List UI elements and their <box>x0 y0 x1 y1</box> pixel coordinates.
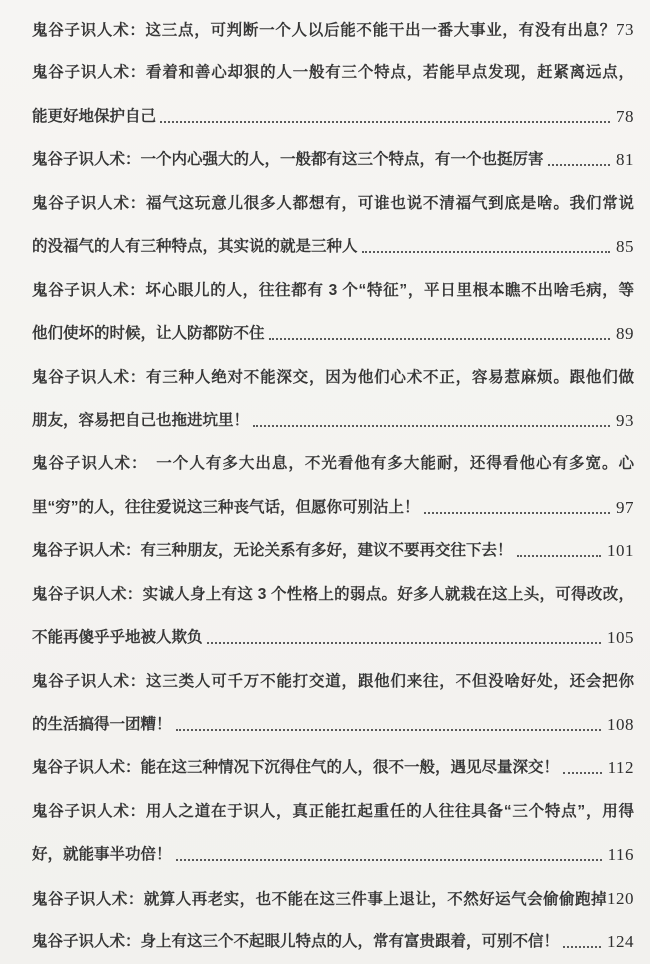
page-number: 105 <box>607 616 634 659</box>
page-number: 81 <box>616 138 634 181</box>
dot-leader <box>517 555 601 557</box>
toc-line: 他们使坏的时候，让人防都防不住89 <box>32 312 634 355</box>
toc-entry-text: 鬼谷子识人术：有三种人绝对不能深交，因为他们心术不正，容易惹麻烦。跟他们做 <box>32 369 634 386</box>
toc-entry-text: 的生活搞得一团糟！ <box>32 703 172 746</box>
toc-entry-text: 鬼谷子识人术：身上有这三个不起眼儿特点的人，常有富贵跟着，可别不信！ <box>32 920 559 963</box>
toc-entry-text: 鬼谷子识人术：这三类人可千万不能打交道，跟他们来往，不但没啥好处，还会把你 <box>32 673 634 690</box>
toc-entry-text: 的没福气的人有三种特点，其实说的就是三种人 <box>32 225 358 268</box>
toc-line: 里“穷”的人，往往爱说这三种丧气话，但愿你可别沾上！97 <box>32 486 634 529</box>
toc-line: 好，就能事半功倍！116 <box>32 833 634 876</box>
toc-page: 鬼谷子识人术：这三点，可判断一个人以后能不能干出一番大事业，有没有出息？73鬼谷… <box>0 0 650 964</box>
toc-line: 鬼谷子识人术：坏心眼儿的人，往往都有 3 个“特征”，平日里根本瞧不出啥毛病，等 <box>32 269 634 312</box>
toc-entry-text: 能更好地保护自己 <box>32 95 156 138</box>
page-number: 78 <box>616 95 634 138</box>
toc-entry-text: 鬼谷子识人术：坏心眼儿的人，往往都有 3 个“特征”，平日里根本瞧不出啥毛病，等 <box>32 282 634 299</box>
dot-leader <box>362 251 610 253</box>
page-number: 85 <box>616 225 634 268</box>
dot-leader <box>160 121 610 123</box>
toc-line: 鬼谷子识人术：一个内心强大的人，一般都有这三个特点，有一个也挺厉害81 <box>32 138 634 181</box>
toc-entry-text: 鬼谷子识人术：用人之道在于识人，真正能扛起重任的人往往具备“三个特点”，用得 <box>32 803 634 820</box>
toc-line: 鬼谷子识人术：这三类人可千万不能打交道，跟他们来往，不但没啥好处，还会把你 <box>32 660 634 703</box>
toc-entry-text: 好，就能事半功倍！ <box>32 833 172 876</box>
dot-leader <box>548 164 610 166</box>
dot-leader <box>253 425 610 427</box>
toc-line: 鬼谷子识人术：有三种人绝对不能深交，因为他们心术不正，容易惹麻烦。跟他们做 <box>32 356 634 399</box>
toc-entry-text: 鬼谷子识人术：看着和善心却狠的人一般有三个特点，若能早点发现，赶紧离远点， <box>32 64 634 81</box>
toc-line: 鬼谷子识人术：身上有这三个不起眼儿特点的人，常有富贵跟着，可别不信！124 <box>32 920 634 963</box>
dot-leader <box>207 642 601 644</box>
toc-entry-text: 里“穷”的人，往往爱说这三种丧气话，但愿你可别沾上！ <box>32 486 420 529</box>
page-number: 116 <box>608 833 634 876</box>
page-number: 108 <box>607 703 634 746</box>
page-number: 124 <box>607 920 634 963</box>
toc-entry-text: 鬼谷子识人术：有三种朋友，无论关系有多好，建议不要再交往下去！ <box>32 529 513 572</box>
page-number: 73 <box>616 20 634 39</box>
toc-line: 的生活搞得一团糟！108 <box>32 703 634 746</box>
toc-entry-text: 鬼谷子识人术：这三点，可判断一个人以后能不能干出一番大事业，有没有出息？ <box>32 22 616 39</box>
dot-leader <box>176 859 602 861</box>
toc-line: 鬼谷子识人术：这三点，可判断一个人以后能不能干出一番大事业，有没有出息？73 <box>32 8 634 51</box>
toc-entry-text: 朋友，容易把自己也拖进坑里！ <box>32 399 249 442</box>
dot-leader <box>176 729 601 731</box>
toc-entry-text: 鬼谷子识人术：能在这三种情况下沉得住气的人，很不一般，遇见尽量深交！ <box>32 746 559 789</box>
toc-line: 鬼谷子识人术：实诚人身上有这 3 个性格上的弱点。好多人就栽在这上头，可得改改， <box>32 573 634 616</box>
toc-line: 鬼谷子识人术：就算人再老实，也不能在这三件事上退让，不然好运气会偷偷跑掉120 <box>32 877 634 920</box>
toc-entry-text: 鬼谷子识人术：就算人再老实，也不能在这三件事上退让，不然好运气会偷偷跑掉 <box>32 891 607 908</box>
page-number: 93 <box>616 399 634 442</box>
page-number: 112 <box>608 746 634 789</box>
toc-line: 不能再傻乎乎地被人欺负105 <box>32 616 634 659</box>
toc-line: 鬼谷子识人术：用人之道在于识人，真正能扛起重任的人往往具备“三个特点”，用得 <box>32 790 634 833</box>
toc-entry-text: 鬼谷子识人术：实诚人身上有这 3 个性格上的弱点。好多人就栽在这上头，可得改改， <box>32 586 634 603</box>
toc-line: 鬼谷子识人术：能在这三种情况下沉得住气的人，很不一般，遇见尽量深交！112 <box>32 746 634 789</box>
toc-line: 鬼谷子识人术：福气这玩意儿很多人都想有，可谁也说不清福气到底是啥。我们常说 <box>32 182 634 225</box>
toc-line: 鬼谷子识人术： 一个人有多大出息，不光看他有多大能耐，还得看他心有多宽。心 <box>32 442 634 485</box>
toc-entry-text: 鬼谷子识人术：福气这玩意儿很多人都想有，可谁也说不清福气到底是啥。我们常说 <box>32 195 634 212</box>
toc-entry-text: 鬼谷子识人术： 一个人有多大出息，不光看他有多大能耐，还得看他心有多宽。心 <box>32 455 634 472</box>
dot-leader <box>269 338 610 340</box>
toc-line: 鬼谷子识人术：有三种朋友，无论关系有多好，建议不要再交往下去！101 <box>32 529 634 572</box>
toc-line: 朋友，容易把自己也拖进坑里！93 <box>32 399 634 442</box>
toc-line: 鬼谷子识人术：看着和善心却狠的人一般有三个特点，若能早点发现，赶紧离远点， <box>32 51 634 94</box>
toc-line: 能更好地保护自己78 <box>32 95 634 138</box>
page-number: 120 <box>607 889 634 908</box>
toc-entry-text: 不能再傻乎乎地被人欺负 <box>32 616 203 659</box>
dot-leader <box>563 772 602 774</box>
toc-entry-text: 鬼谷子识人术：一个内心强大的人，一般都有这三个特点，有一个也挺厉害 <box>32 138 544 181</box>
page-number: 101 <box>607 529 634 572</box>
dot-leader <box>563 946 601 948</box>
page-number: 97 <box>616 486 634 529</box>
toc-line: 的没福气的人有三种特点，其实说的就是三种人85 <box>32 225 634 268</box>
page-number: 89 <box>616 312 634 355</box>
toc-entry-text: 他们使坏的时候，让人防都防不住 <box>32 312 265 355</box>
dot-leader <box>424 512 610 514</box>
